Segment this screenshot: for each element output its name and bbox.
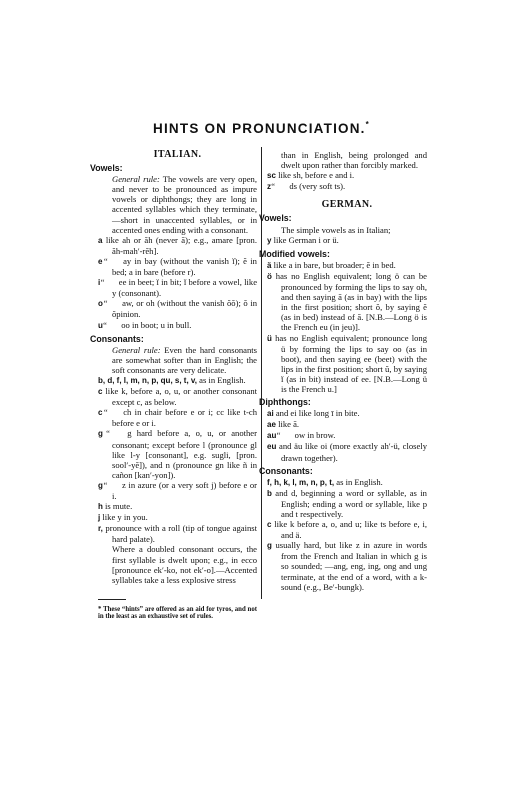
italian-vowel-entry: o “ aw, or oh (without the vanish ŏŏ); ŏ… — [112, 298, 257, 319]
entry-key: c — [98, 387, 102, 396]
italian-consonant-entry: c “ ch in chair before e or i; cc like t… — [112, 407, 257, 428]
entry-key: f, h, k, l, m, n, p, t, — [267, 478, 334, 487]
entry-text: has no English equivalent; long ö can be… — [276, 271, 427, 332]
italian-heading: ITALIAN. — [98, 150, 257, 160]
entry-key: j — [98, 513, 100, 522]
german-diphthong-entry: eu and äu like oi (more exactly ah′-ü, c… — [281, 441, 427, 462]
left-column: ITALIAN. Vowels: General rule: The vowel… — [98, 150, 257, 621]
german-consonant-entry: b and d, beginning a word or syllable, a… — [281, 488, 427, 519]
entry-key: sc — [267, 171, 276, 180]
german-modified-vowel-entry: ö has no English equivalent; long ö can … — [281, 271, 427, 333]
german-diphthong-entry: ae like ā. — [281, 419, 427, 430]
entry-key: ö — [267, 272, 272, 281]
italian-consonant-entry: c like k, before a, o, u, or another con… — [112, 386, 257, 407]
italian-consonant-entry: j like y in you. — [112, 512, 257, 523]
entry-key: ae — [267, 420, 276, 429]
right-column: than in English, being prolonged and dwe… — [267, 150, 427, 592]
entry-text: ow in brow. — [295, 430, 336, 440]
entry-text: as in English. — [336, 477, 383, 487]
italian-consonant-entry: h is mute. — [112, 501, 257, 512]
entry-key: au — [267, 431, 276, 440]
german-consonants-heading: Consonants: — [259, 466, 427, 476]
entry-text: oo in boot; u in bull. — [121, 320, 191, 330]
entry-key: eu — [267, 442, 276, 451]
entry-text: like k before a, o, and u; like ts befor… — [274, 519, 427, 540]
entry-key: g — [98, 481, 103, 490]
german-heading: GERMAN. — [267, 200, 427, 210]
footnote-marker: * — [366, 120, 370, 129]
ditto-mark: “ — [106, 407, 120, 417]
entry-key: h — [98, 502, 103, 511]
german-diphthongs-heading: Diphthongs: — [259, 397, 427, 407]
entry-key: r, — [98, 524, 103, 533]
entry-key: ä — [267, 261, 271, 270]
page-title: HINTS ON PRONUNCIATION.* — [0, 121, 523, 136]
italian-vowel-entry: e “ ay in bay (without the vanish ĭ); ĕ … — [112, 256, 257, 277]
entry-key: i — [98, 278, 100, 287]
entry-text: like ā. — [278, 419, 299, 429]
german-modified-list: ä like a in bare, but broader; ĕ in bed.… — [267, 260, 427, 394]
entry-key: e — [98, 257, 102, 266]
entry-key: g — [267, 541, 272, 550]
entry-text: pronounce with a roll (tip of tongue aga… — [105, 523, 257, 544]
entry-key: c — [267, 520, 271, 529]
entry-text: is mute. — [105, 501, 132, 511]
italian-vowel-list: a like ah or ăh (never ā); e.g., amare [… — [98, 235, 257, 331]
italian-vowels-heading: Vowels: — [90, 163, 257, 173]
ditto-mark: “ — [103, 277, 117, 287]
entry-text: like sh, before e and i. — [278, 170, 354, 180]
german-vowels-text: The simple vowels as in Italian; — [281, 225, 427, 235]
german-modified-vowels-heading: Modified vowels: — [259, 249, 427, 259]
entry-text: like k, before a, o, u, or another conso… — [105, 386, 257, 407]
italian-consonants-heading: Consonants: — [90, 334, 257, 344]
italian-consonant-list: b, d, f, l, m, n, p, qu, s, t, v, as in … — [98, 375, 257, 545]
entry-key: a — [98, 236, 102, 245]
entry-text: and äu like oi (more exactly ah′-ü, clos… — [279, 441, 427, 462]
german-diphthong-list: ai and ei like long ī in bite.ae like ā.… — [267, 408, 427, 462]
italian-vowel-entry: u “ oo in boot; u in bull. — [112, 320, 257, 331]
entry-key: o — [98, 299, 103, 308]
german-y-entry: y like German i or ü. — [281, 235, 427, 246]
ditto-mark: “ — [106, 256, 120, 266]
entry-text: like a in bare, but broader; ĕ in bed. — [274, 260, 396, 270]
ditto-mark: “ — [105, 320, 119, 330]
entry-key: b — [267, 489, 272, 498]
italian-vowel-entry: a like ah or ăh (never ā); e.g., amare [… — [112, 235, 257, 256]
entry-text: like y in you. — [102, 512, 147, 522]
german-consonant-list: f, h, k, l, m, n, p, t, as in English.b … — [267, 477, 427, 592]
ditto-mark: “ — [105, 298, 119, 308]
entry-text: ay in bay (without the vanish ĭ); ĕ in b… — [112, 256, 257, 277]
german-modified-vowel-entry: ü has no English equivalent; pronounce l… — [281, 333, 427, 395]
footnote: * These “hints” are offered as an aid fo… — [98, 606, 257, 621]
ditto-mark: “ — [279, 430, 293, 440]
italian-consonant-entry: z “ ds (very soft ts). — [281, 181, 427, 192]
entry-text: usually hard, but like z in azure in wor… — [275, 540, 427, 591]
italian-consonant-entry: g “ g hard before a, o, u, or another co… — [112, 428, 257, 479]
entry-text: z in azure (or a very soft j) before e o… — [112, 480, 257, 501]
german-consonant-entry: g usually hard, but like z in azure in w… — [281, 540, 427, 591]
entry-text: ds (very soft ts). — [289, 181, 345, 191]
ditto-mark: “ — [108, 428, 122, 438]
entry-text: like ah or ăh (never ā); e.g., amare [pr… — [106, 235, 257, 256]
italian-consonant-entry: sc like sh, before e and i. — [281, 170, 427, 181]
italian-consonant-entry: b, d, f, l, m, n, p, qu, s, t, v, as in … — [112, 375, 257, 386]
entry-key: ai — [267, 409, 274, 418]
german-consonant-entry: c like k before a, o, and u; like ts bef… — [281, 519, 427, 540]
entry-text: ee in beet; ĭ in bit; ĭ before a vowel, … — [112, 277, 257, 298]
german-consonant-entry: f, h, k, l, m, n, p, t, as in English. — [281, 477, 427, 488]
italian-continued-list: sc like sh, before e and i.z “ ds (very … — [267, 170, 427, 192]
doubled-consonant-note: Where a doubled consonant occurs, the fi… — [112, 544, 257, 584]
german-diphthong-entry: ai and ei like long ī in bite. — [281, 408, 427, 419]
entry-text: and d, beginning a word or syllable, as … — [275, 488, 427, 519]
entry-text: ch in chair before e or i; cc like t-ch … — [112, 407, 257, 428]
entry-text: as in English. — [199, 375, 246, 385]
entry-key: ü — [267, 334, 272, 343]
italian-consonant-entry: g “ z in azure (or a very soft j) before… — [112, 480, 257, 501]
ditto-mark: “ — [273, 181, 287, 191]
entry-text: has no English equivalent; pronounce lon… — [275, 333, 427, 394]
italian-consonants-rule: General rule: Even the hard consonants a… — [112, 345, 257, 375]
german-modified-vowel-entry: ä like a in bare, but broader; ĕ in bed. — [281, 260, 427, 271]
entry-text: and ei like long ī in bite. — [276, 408, 360, 418]
italian-consonant-entry: r, pronounce with a roll (tip of tongue … — [112, 523, 257, 544]
entry-key: b, d, f, l, m, n, p, qu, s, t, v, — [98, 376, 197, 385]
italian-continued-text: than in English, being prolonged and dwe… — [281, 150, 427, 170]
ditto-mark: “ — [105, 480, 119, 490]
entry-key: c — [98, 408, 102, 417]
italian-vowel-entry: i “ ee in beet; ĭ in bit; ĭ before a vow… — [112, 277, 257, 298]
german-vowels-heading: Vowels: — [259, 213, 427, 223]
entry-text: aw, or oh (without the vanish ŏŏ); ŏ in … — [112, 298, 257, 319]
entry-text: g hard before a, o, u, or another conson… — [112, 428, 257, 479]
german-diphthong-entry: au “ ow in brow. — [281, 430, 427, 441]
italian-vowels-rule: General rule: The vowels are very open, … — [112, 174, 257, 235]
footnote-rule — [98, 599, 126, 600]
entry-key: g — [98, 429, 103, 438]
